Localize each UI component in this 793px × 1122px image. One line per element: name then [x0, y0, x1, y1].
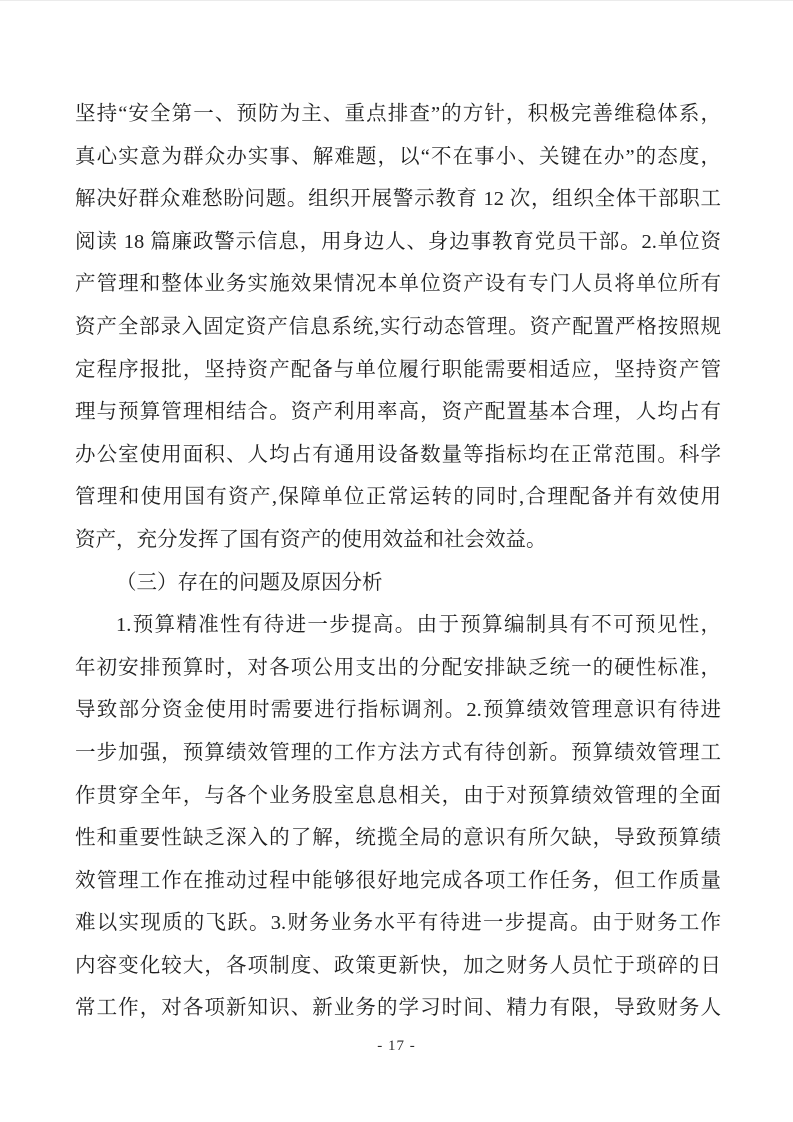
text-line: 常工作，对各项新知识、新业务的学习时间、精力有限，导致财务人	[75, 987, 721, 1030]
text-line: 办公室使用面积、人均占有通用设备数量等指标均在正常范围。科学	[75, 434, 721, 477]
text-line: 理与预算管理相结合。资产利用率高，资产配置基本合理，人均占有	[75, 391, 721, 434]
text-line: 年初安排预算时，对各项公用支出的分配安排缺乏统一的硬性标准，	[75, 647, 721, 690]
text-line paragraph-start: 1.预算精准性有待进一步提高。由于预算编制具有不可预见性，	[75, 604, 721, 647]
text-line: 内容变化较大，各项制度、政策更新快，加之财务人员忙于琐碎的日	[75, 945, 721, 988]
text-line: 管理和使用国有资产,保障单位正常运转的同时,合理配备并有效使用	[75, 476, 721, 519]
text-line: 阅读 18 篇廉政警示信息，用身边人、身边事教育党员干部。2.单位资	[75, 221, 721, 264]
body-text: 坚持“安全第一、预防为主、重点排查”的方针，积极完善维稳体系， 真心实意为群众办…	[75, 93, 721, 1030]
text-line: 产管理和整体业务实施效果情况本单位资产设有专门人员将单位所有	[75, 263, 721, 306]
section-heading: （三）存在的问题及原因分析	[75, 562, 721, 605]
text-line: 解决好群众难愁盼问题。组织开展警示教育 12 次，组织全体干部职工	[75, 178, 721, 221]
text-line: 性和重要性缺乏深入的了解，统揽全局的意识有所欠缺，导致预算绩	[75, 817, 721, 860]
text-line paragraph-end: 资产，充分发挥了国有资产的使用效益和社会效益。	[75, 519, 721, 562]
text-line: 效管理工作在推动过程中能够很好地完成各项工作任务，但工作质量	[75, 860, 721, 903]
text-line: 资产全部录入固定资产信息系统,实行动态管理。资产配置严格按照规	[75, 306, 721, 349]
page-number: - 17 -	[0, 1035, 793, 1057]
text-line: 作贯穿全年，与各个业务股室息息相关，由于对预算绩效管理的全面	[75, 775, 721, 818]
text-line: 定程序报批，坚持资产配备与单位履行职能需要相适应，坚持资产管	[75, 349, 721, 392]
text-line: 坚持“安全第一、预防为主、重点排查”的方针，积极完善维稳体系，	[75, 93, 721, 136]
text-line: 导致部分资金使用时需要进行指标调剂。2.预算绩效管理意识有待进	[75, 689, 721, 732]
text-line: 难以实现质的飞跃。3.财务业务水平有待进一步提高。由于财务工作	[75, 902, 721, 945]
text-line: 真心实意为群众办实事、解难题，以“不在事小、关键在办”的态度，	[75, 136, 721, 179]
document-page: 坚持“安全第一、预防为主、重点排查”的方针，积极完善维稳体系， 真心实意为群众办…	[0, 0, 793, 1122]
text-line: 一步加强，预算绩效管理的工作方法方式有待创新。预算绩效管理工	[75, 732, 721, 775]
